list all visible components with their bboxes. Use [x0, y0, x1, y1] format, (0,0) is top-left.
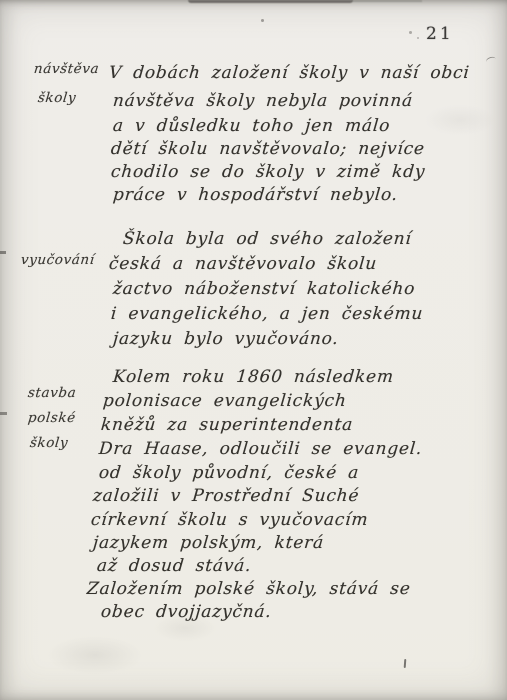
scan-artifact-top-streak-2 — [352, 0, 422, 2]
handwritten-line: polonisace evangelických — [102, 390, 348, 412]
scan-speck — [417, 37, 419, 39]
margin-note-line: návštěva — [33, 60, 100, 78]
scan-artifact-left-edge — [0, 412, 7, 415]
scanned-document-page: 21 návštěva školy vyučování stavba polsk… — [0, 0, 507, 700]
handwritten-line: až dosud stává. — [96, 555, 252, 577]
pen-mark — [485, 56, 497, 66]
scan-artifact-left-edge — [0, 251, 6, 254]
handwritten-line: církevní školu s vyučovacím — [90, 509, 369, 531]
handwritten-line: chodilo se do školy v zimě kdy — [110, 161, 426, 183]
scan-speck — [261, 19, 264, 22]
handwritten-line: založili v Prostřední Suché — [92, 485, 360, 507]
margin-note-line: polské — [27, 409, 77, 427]
handwritten-line: práce v hospodářství nebylo. — [112, 184, 399, 206]
pen-mark-bottom — [404, 659, 407, 668]
handwritten-line: jazykem polským, která — [92, 532, 325, 554]
handwritten-line: česká a navštěvovalo školu — [108, 253, 378, 275]
handwritten-line: Kolem roku 1860 následkem — [112, 366, 395, 388]
scan-artifact-top-streak — [188, 0, 353, 3]
handwritten-line: žactvo náboženství katolického — [112, 278, 416, 300]
handwritten-line: kněžů za superintendenta — [100, 414, 354, 436]
handwritten-line: obec dvojjazyčná. — [100, 601, 273, 623]
handwritten-line: i evangelického, a jen českému — [110, 303, 424, 325]
page-number: 21 — [426, 24, 454, 44]
handwritten-line: dětí školu navštěvovalo; nejvíce — [110, 138, 426, 160]
handwritten-line: návštěva školy nebyla povinná — [112, 90, 414, 112]
handwritten-line: Škola byla od svého založení — [122, 228, 413, 250]
handwritten-line: Dra Haase, odloučili se evangel. — [98, 438, 423, 460]
margin-note-line: vyučování — [20, 251, 96, 269]
handwritten-line: od školy původní, české a — [98, 462, 360, 484]
handwritten-line: Založením polské školy, stává se — [86, 578, 412, 600]
handwritten-line: V dobách založení školy v naší obci — [108, 62, 471, 84]
handwritten-line: jazyku bylo vyučováno. — [112, 328, 340, 350]
handwritten-line: a v důsledku toho jen málo — [112, 115, 391, 137]
margin-note-line: školy — [37, 89, 77, 107]
margin-note-line: školy — [29, 434, 69, 452]
scan-speck — [409, 31, 412, 34]
margin-note-line: stavba — [27, 384, 77, 402]
